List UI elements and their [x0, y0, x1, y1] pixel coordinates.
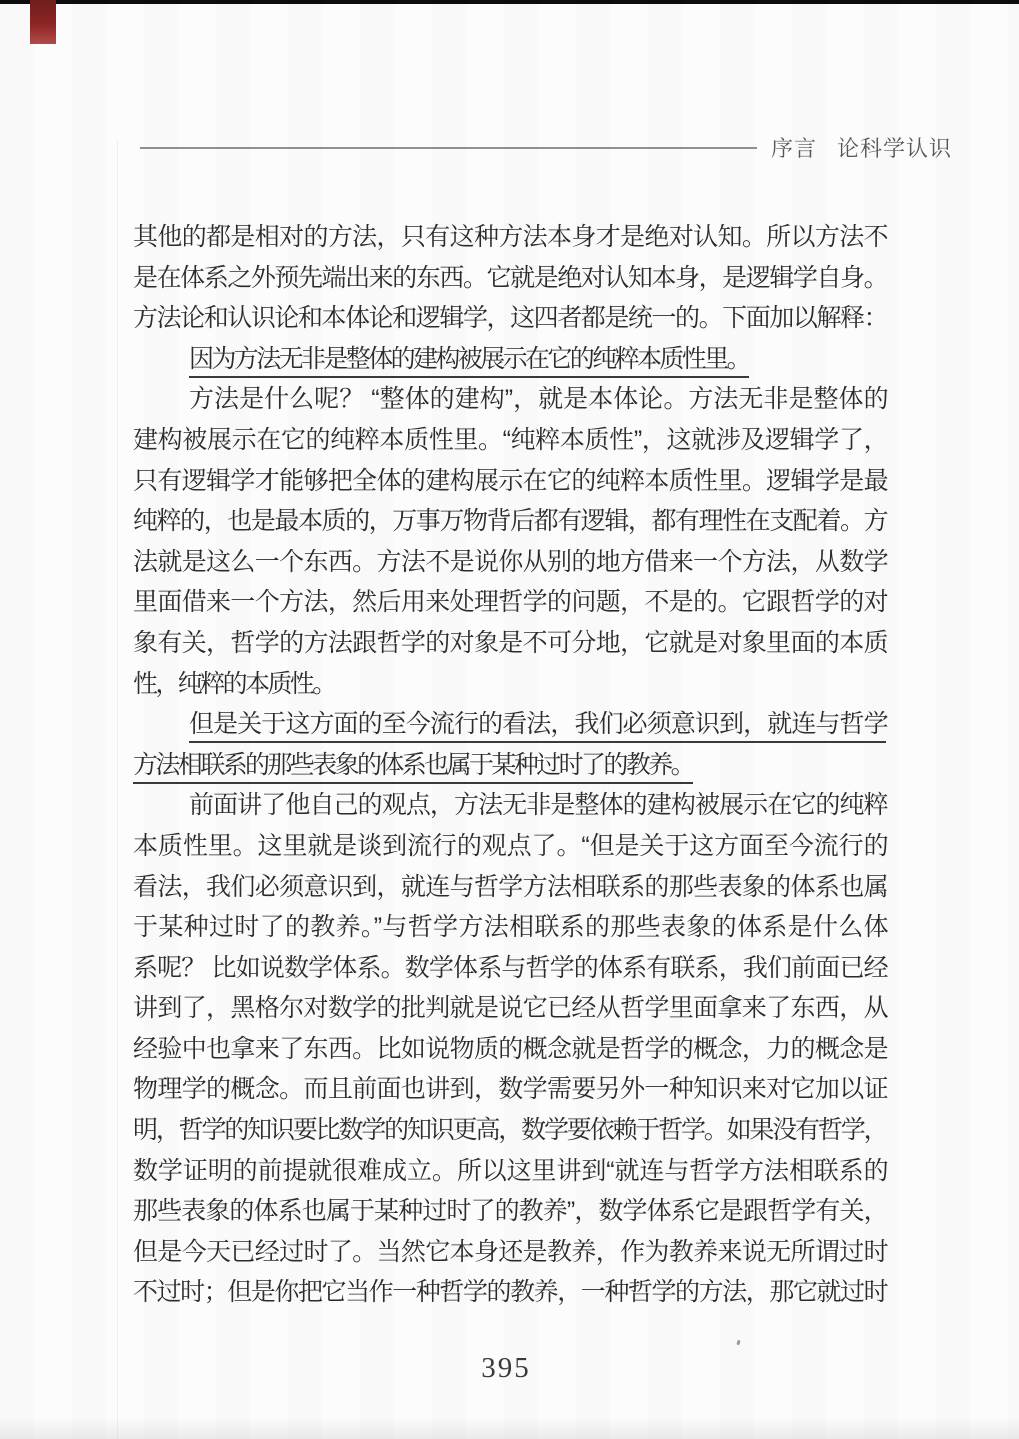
red-corner-marker — [30, 0, 56, 44]
text-line: 是在体系之外预先端出来的东西。它就是绝对认知本身，是逻辑学自身。 — [133, 258, 886, 299]
line-text: 数学证明的前提就很难成立。所以这里讲到“就连与哲学方法相联系的 — [133, 1157, 886, 1185]
text-line: 本质性里。这里就是谈到流行的观点了。“但是关于这方面至今流行的 — [133, 826, 886, 867]
line-text: 那些表象的体系也属于某种过时了的教养”，数学体系它是跟哲学有关， — [133, 1197, 886, 1225]
line-text: 象有关，哲学的方法跟哲学的对象是不可分地，它就是对象里面的本质 — [133, 629, 886, 657]
line-text: 于某种过时了的教养。”与哲学方法相联系的那些表象的体系是什么体 — [133, 913, 886, 941]
line-text: 经验中也拿来了东西。比如说物质的概念就是哲学的概念，力的概念是 — [133, 1035, 886, 1063]
paper-speck — [736, 1340, 740, 1346]
text-line: 方法是什么呢？ “整体的建构”，就是本体论。方法无非是整体的 — [133, 379, 886, 420]
page-fold-line — [117, 140, 118, 1439]
text-line: 象有关，哲学的方法跟哲学的对象是不可分地，它就是对象里面的本质 — [133, 623, 886, 664]
line-text: 明，哲学的知识要比数学的知识更高，数学要依赖于哲学。如果没有哲学， — [133, 1116, 886, 1144]
page-number: 395 — [0, 1352, 1012, 1385]
scanned-book-page: 序言论科学认识 其他的都是相对的方法，只有这种方法本身才是绝对认知。所以方法不是… — [0, 0, 1019, 1439]
line-text: 建构被展示在它的纯粹本质性里。“纯粹本质性”，这就涉及逻辑学了， — [133, 426, 886, 454]
line-text: 纯粹的，也是最本质的，万事万物背后都有逻辑，都有理性在支配着。方 — [133, 507, 886, 535]
text-line: 但是关于这方面的至今流行的看法，我们必须意识到，就连与哲学 — [133, 704, 886, 745]
text-line: 方法相联系的那些表象的体系也属于某种过时了的教养。 — [133, 745, 886, 786]
line-text: 是在体系之外预先端出来的东西。它就是绝对认知本身，是逻辑学自身。 — [133, 264, 886, 292]
line-text: 物理学的概念。而且前面也讲到，数学需要另外一种知识来对它加以证 — [133, 1075, 886, 1103]
body-text: 其他的都是相对的方法，只有这种方法本身才是绝对认知。所以方法不是在体系之外预先端… — [133, 217, 886, 1313]
line-text: 只有逻辑学才能够把全体的建构展示在它的纯粹本质性里。逻辑学是最 — [133, 467, 886, 495]
running-header: 序言论科学认识 — [771, 136, 952, 162]
text-line: 不过时；但是你把它当作一种哲学的教养，一种哲学的方法，那它就过时 — [133, 1272, 886, 1313]
text-line: 但是今天已经过时了。当然它本身还是教养，作为教养来说无所谓过时 — [133, 1232, 886, 1273]
text-line: 里面借来一个方法，然后用来处理哲学的问题，不是的。它跟哲学的对 — [133, 582, 886, 623]
line-text: 系呢？ 比如说数学体系。数学体系与哲学的体系有联系，我们前面已经 — [133, 954, 886, 982]
text-line: 讲到了，黑格尔对数学的批判就是说它已经从哲学里面拿来了东西，从 — [133, 988, 886, 1029]
line-text: 但是今天已经过时了。当然它本身还是教养，作为教养来说无所谓过时 — [133, 1238, 886, 1266]
line-text: 本质性里。这里就是谈到流行的观点了。“但是关于这方面至今流行的 — [133, 832, 886, 860]
header-section-label: 序言 — [771, 136, 817, 161]
line-text: 方法是什么呢？ “整体的建构”，就是本体论。方法无非是整体的 — [189, 385, 886, 413]
scan-bottom-shade — [0, 1417, 1019, 1439]
line-text: 其他的都是相对的方法，只有这种方法本身才是绝对认知。所以方法不 — [133, 223, 886, 251]
line-text: 不过时；但是你把它当作一种哲学的教养，一种哲学的方法，那它就过时 — [133, 1278, 886, 1306]
line-text: 看法，我们必须意识到，就连与哲学方法相联系的那些表象的体系也属 — [133, 873, 886, 901]
text-line: 纯粹的，也是最本质的，万事万物背后都有逻辑，都有理性在支配着。方 — [133, 501, 886, 542]
text-line: 前面讲了他自己的观点，方法无非是整体的建构被展示在它的纯粹 — [133, 785, 886, 826]
text-line: 看法，我们必须意识到，就连与哲学方法相联系的那些表象的体系也属 — [133, 867, 886, 908]
text-line: 方法论和认识论和本体论和逻辑学，这四者都是统一的。下面加以解释： — [133, 298, 886, 339]
line-text: 讲到了，黑格尔对数学的批判就是说它已经从哲学里面拿来了东西，从 — [133, 994, 886, 1022]
header-chapter-label: 论科学认识 — [837, 136, 952, 161]
text-line: 法就是这么一个东西。方法不是说你从别的地方借来一个方法，从数学 — [133, 542, 886, 583]
line-text: 性，纯粹的本质性。 — [133, 670, 335, 698]
line-text: 里面借来一个方法，然后用来处理哲学的问题，不是的。它跟哲学的对 — [133, 588, 886, 616]
scan-top-edge — [0, 0, 1019, 4]
underlined-quote: 但是关于这方面的至今流行的看法，我们必须意识到，就连与哲学 — [189, 710, 886, 743]
line-text: 法就是这么一个东西。方法不是说你从别的地方借来一个方法，从数学 — [133, 548, 886, 576]
text-line: 数学证明的前提就很难成立。所以这里讲到“就连与哲学方法相联系的 — [133, 1151, 886, 1192]
text-line: 建构被展示在它的纯粹本质性里。“纯粹本质性”，这就涉及逻辑学了， — [133, 420, 886, 461]
text-line: 只有逻辑学才能够把全体的建构展示在它的纯粹本质性里。逻辑学是最 — [133, 461, 886, 502]
underlined-quote: 因为方法无非是整体的建构被展示在它的纯粹本质性里。 — [189, 345, 749, 378]
text-line: 系呢？ 比如说数学体系。数学体系与哲学的体系有联系，我们前面已经 — [133, 948, 886, 989]
text-line: 那些表象的体系也属于某种过时了的教养”，数学体系它是跟哲学有关， — [133, 1191, 886, 1232]
header-rule — [140, 147, 757, 149]
line-text: 前面讲了他自己的观点，方法无非是整体的建构被展示在它的纯粹 — [189, 791, 886, 819]
text-line: 物理学的概念。而且前面也讲到，数学需要另外一种知识来对它加以证 — [133, 1069, 886, 1110]
line-text: 方法论和认识论和本体论和逻辑学，这四者都是统一的。下面加以解释： — [133, 304, 886, 332]
text-line: 其他的都是相对的方法，只有这种方法本身才是绝对认知。所以方法不 — [133, 217, 886, 258]
text-line: 经验中也拿来了东西。比如说物质的概念就是哲学的概念，力的概念是 — [133, 1029, 886, 1070]
underlined-quote: 方法相联系的那些表象的体系也属于某种过时了的教养。 — [133, 751, 693, 784]
text-line: 性，纯粹的本质性。 — [133, 664, 886, 705]
text-line: 于某种过时了的教养。”与哲学方法相联系的那些表象的体系是什么体 — [133, 907, 886, 948]
text-line: 明，哲学的知识要比数学的知识更高，数学要依赖于哲学。如果没有哲学， — [133, 1110, 886, 1151]
text-line: 因为方法无非是整体的建构被展示在它的纯粹本质性里。 — [133, 339, 886, 380]
